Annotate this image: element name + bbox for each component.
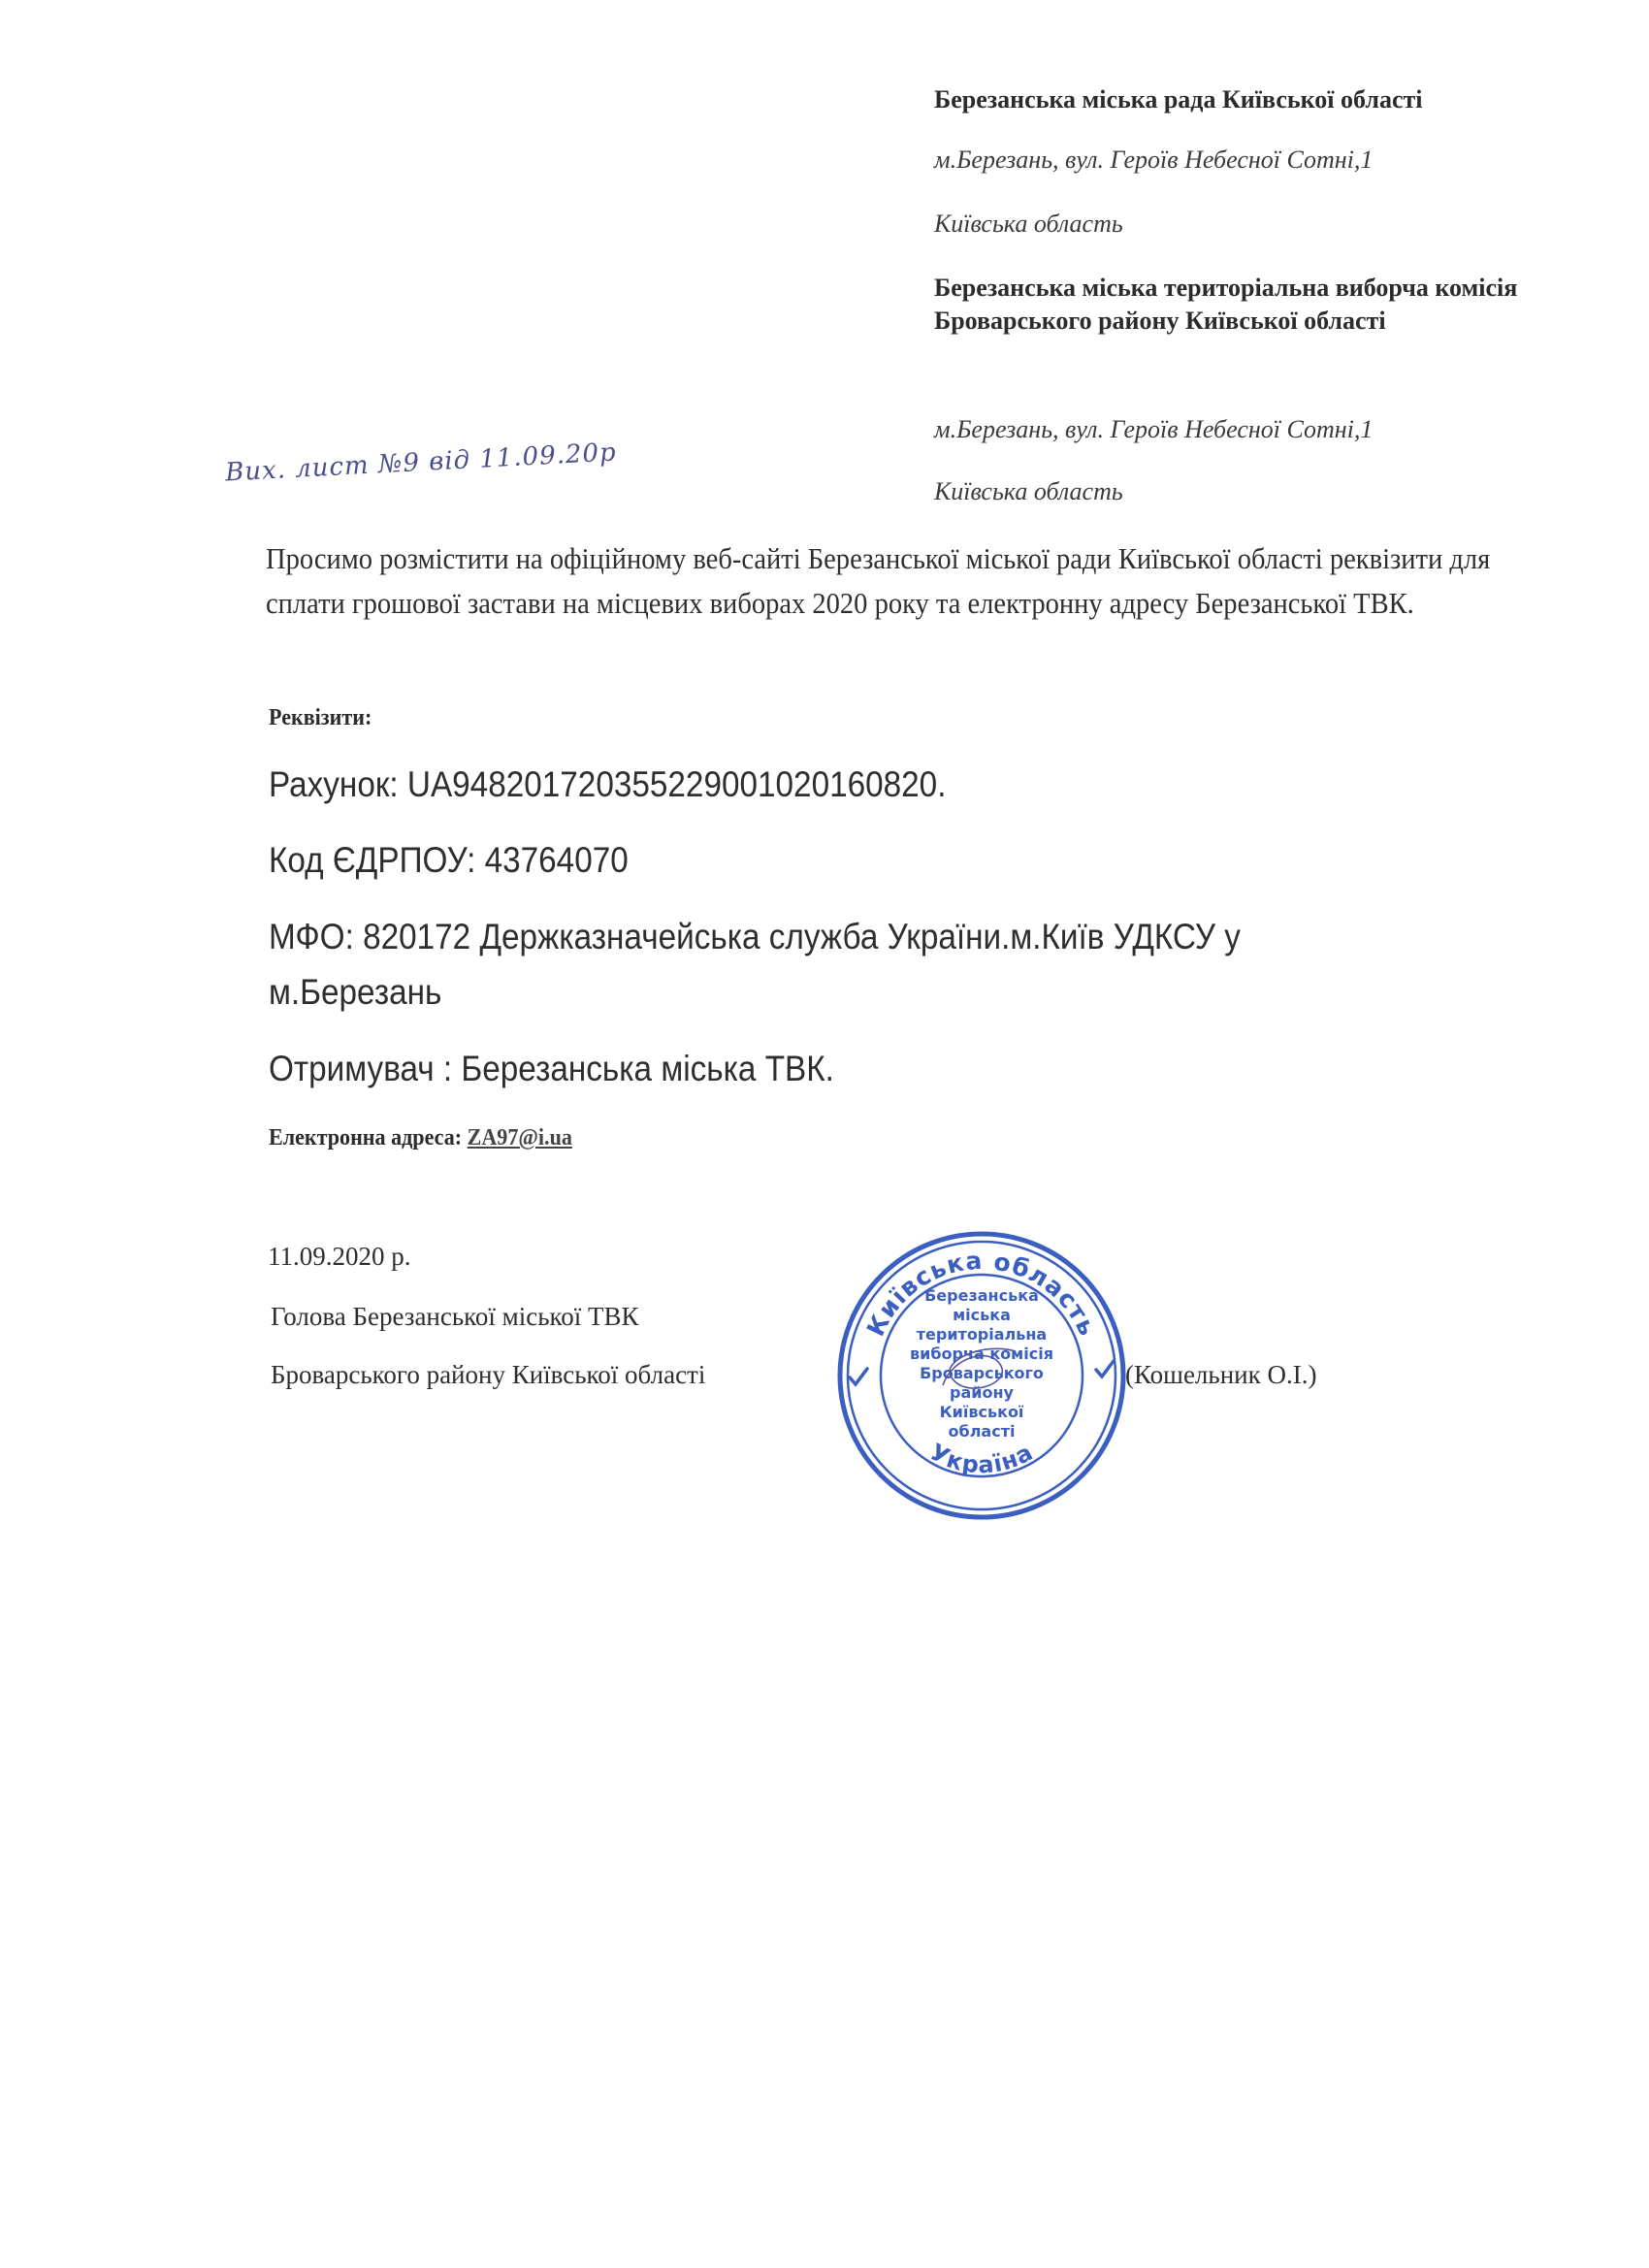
mfo-line-2: м.Березань	[269, 972, 441, 1013]
signatory-name: (Кошельник О.І.)	[1125, 1360, 1316, 1390]
svg-text:району: району	[950, 1383, 1015, 1402]
addressee-1-region: Київська область	[934, 210, 1123, 239]
svg-text:міська: міська	[953, 1306, 1011, 1324]
svg-text:Київської: Київської	[940, 1403, 1024, 1421]
account-number: Рахунок: UA948201720355229001020160820.	[269, 764, 946, 805]
addressee-2-name: Березанська міська територіальна виборча…	[934, 272, 1536, 338]
mfo-line-1: МФО: 820172 Держказначейська служба Укра…	[269, 917, 1241, 957]
svg-text:Березанська: Березанська	[924, 1286, 1039, 1305]
addressee-1-name: Березанська міська рада Київської област…	[934, 85, 1423, 114]
addressee-2-region: Київська область	[934, 477, 1123, 506]
svg-text:Україна: Україна	[925, 1439, 1038, 1479]
svg-text:Броварського: Броварського	[920, 1364, 1044, 1382]
email-link[interactable]: ZA97@i.ua	[468, 1125, 572, 1150]
recipient: Отримувач : Березанська міська ТВК.	[269, 1049, 834, 1089]
svg-text:області: області	[949, 1422, 1016, 1441]
handwritten-outgoing-note: Вих. лист №9 від 11.09.20р	[224, 437, 617, 487]
email-label: Електронна адреса:	[269, 1125, 462, 1150]
addressee-1-address: м.Березань, вул. Героїв Небесної Сотні,1	[934, 146, 1373, 175]
official-stamp: Київська область Україна Березанська міс…	[836, 1230, 1127, 1521]
svg-text:виборча комісія: виборча комісія	[910, 1345, 1053, 1363]
signatory-position-line-2: Броварського району Київської області	[271, 1360, 705, 1390]
edrpou-code: Код ЄДРПОУ: 43764070	[269, 840, 629, 881]
signatory-position-line-1: Голова Березанської міської ТВК	[271, 1302, 639, 1332]
request-paragraph: Просимо розмістити на офіційному веб-сай…	[266, 536, 1498, 626]
document-date: 11.09.2020 р.	[268, 1242, 411, 1272]
requisites-heading: Реквізити:	[269, 705, 372, 731]
email-row: Електронна адреса: ZA97@i.ua	[269, 1125, 572, 1151]
stamp-seal-icon: Київська область Україна Березанська міс…	[836, 1230, 1127, 1521]
addressee-2-address: м.Березань, вул. Героїв Небесної Сотні,1	[934, 415, 1373, 444]
svg-text:територіальна: територіальна	[917, 1325, 1047, 1344]
